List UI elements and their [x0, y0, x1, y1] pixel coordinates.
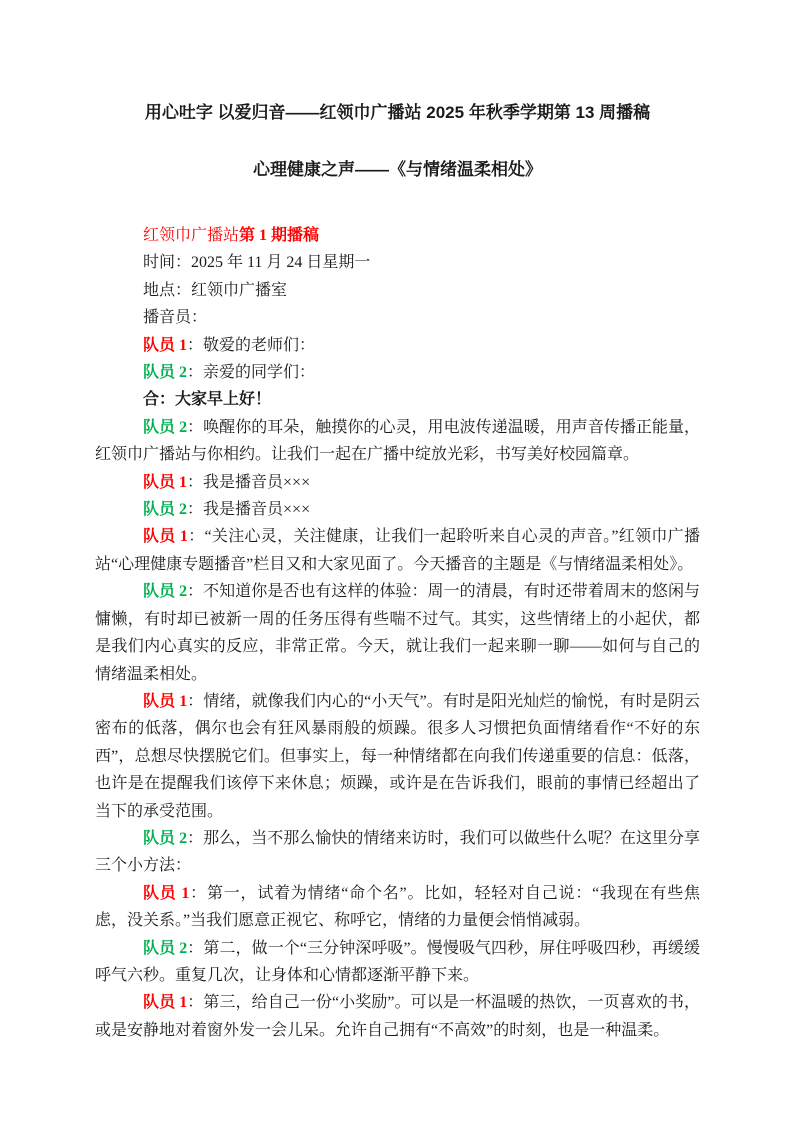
paragraph: 队员 2：那么，当不那么愉快的情绪来访时，我们可以做些什么呢？在这里分享三个小方… — [95, 825, 700, 880]
document-subtitle: 心理健康之声——《与情绪温柔相处》 — [95, 158, 700, 182]
paragraph: 队员 1：我是播音员××× — [95, 469, 700, 496]
paragraph: 队员 2：不知道你是否也有这样的体验：周一的清晨，有时还带着周末的悠闲与慵懒，有… — [95, 578, 700, 688]
paragraph: 队员 1：第一，试着为情绪“命个名”。比如，轻轻对自己说：“我现在有些焦虑，没关… — [95, 880, 700, 935]
text-segment: ：敬爱的老师们： — [187, 337, 315, 354]
document-body: 红领巾广播站第 1 期播稿时间：2025 年 11 月 24 日星期一地点：红领… — [95, 222, 700, 1044]
speaker-label: 队员 1 — [143, 693, 187, 710]
paragraph: 红领巾广播站第 1 期播稿 — [95, 222, 700, 249]
speaker-label: 队员 2 — [143, 364, 187, 381]
text-segment: ：亲爱的同学们： — [187, 364, 315, 381]
paragraph: 队员 2：我是播音员××× — [95, 496, 700, 523]
text-segment: 时间：2025 年 11 月 24 日星期一 — [143, 254, 370, 271]
speaker-label: 队员 2 — [143, 940, 187, 957]
speaker-label: 队员 1 — [143, 528, 188, 545]
text-segment: ：我是播音员××× — [187, 474, 310, 491]
speaker-label: 第 1 期播稿 — [239, 227, 319, 244]
paragraph: 队员 2：唤醒你的耳朵，触摸你的心灵，用电波传递温暖，用声音传播正能量，红领巾广… — [95, 414, 700, 469]
paragraph: 队员 2：亲爱的同学们： — [95, 359, 700, 386]
speaker-label: 队员 1 — [143, 885, 189, 902]
text-segment: 合：大家早上好！ — [143, 391, 271, 408]
speaker-label: 队员 1 — [143, 474, 187, 491]
paragraph: 时间：2025 年 11 月 24 日星期一 — [95, 249, 700, 276]
paragraph: 队员 1：第三，给自己一份“小奖励”。可以是一杯温暖的热饮，一页喜欢的书，或是安… — [95, 989, 700, 1044]
text-segment: ：情绪，就像我们内心的“小天气”。有时是阳光灿烂的愉悦，有时是阴云密布的低落，偶… — [95, 693, 700, 820]
document-title: 用心吐字 以爱归音——红领巾广播站 2025 年秋季学期第 13 周播稿 — [95, 101, 700, 125]
paragraph: 播音员： — [95, 304, 700, 331]
speaker-label: 队员 2 — [143, 583, 187, 600]
paragraph: 队员 1：“关注心灵，关注健康，让我们一起聆听来自心灵的声音。”红领巾广播站“心… — [95, 523, 700, 578]
speaker-label: 队员 2 — [143, 419, 187, 436]
text-segment: 地点：红领巾广播室 — [143, 282, 287, 299]
text-segment: ：我是播音员××× — [187, 501, 310, 518]
speaker-label: 队员 1 — [143, 337, 187, 354]
paragraph: 地点：红领巾广播室 — [95, 277, 700, 304]
text-segment: 播音员： — [143, 309, 207, 326]
text-segment: 红领巾广播站 — [143, 227, 239, 244]
speaker-label: 队员 2 — [143, 501, 187, 518]
paragraph: 队员 1：敬爱的老师们： — [95, 332, 700, 359]
document-page: 用心吐字 以爱归音——红领巾广播站 2025 年秋季学期第 13 周播稿 心理健… — [0, 0, 793, 1122]
speaker-label: 队员 1 — [143, 994, 187, 1011]
paragraph: 队员 2：第二，做一个“三分钟深呼吸”。慢慢吸气四秒，屏住呼吸四秒，再缓缓呼气六… — [95, 935, 700, 990]
paragraph: 合：大家早上好！ — [95, 386, 700, 413]
speaker-label: 队员 2 — [143, 830, 187, 847]
paragraph: 队员 1：情绪，就像我们内心的“小天气”。有时是阳光灿烂的愉悦，有时是阴云密布的… — [95, 688, 700, 825]
